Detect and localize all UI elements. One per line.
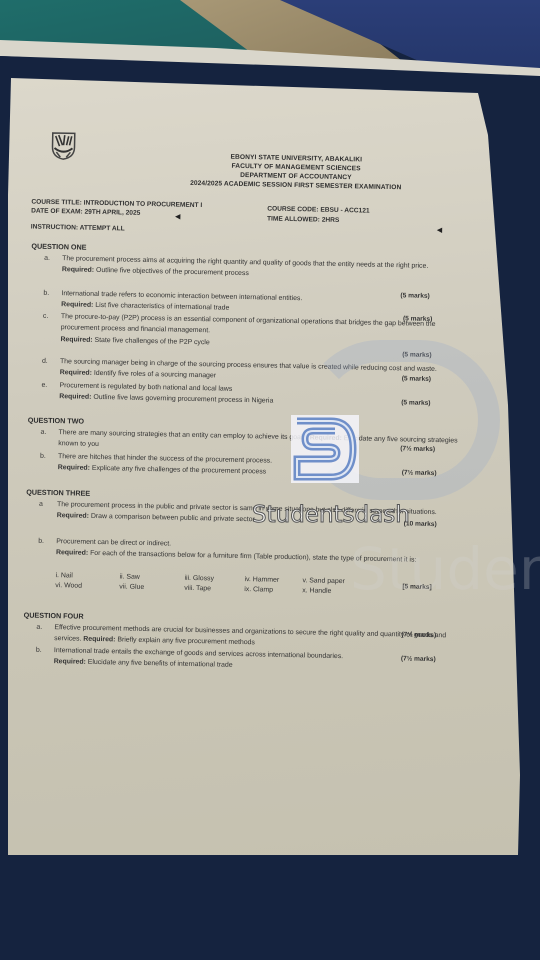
list-item: vi. Wood [55, 582, 119, 590]
watermark-text: Studentsdash [252, 502, 410, 528]
list-item: ii. Saw [119, 573, 184, 581]
question-1a: a. The procurement process aims at acqui… [44, 253, 464, 284]
list-item: i. Nail [55, 572, 119, 580]
transaction-list: i. Nail ii. Saw iii. Glossy iv. Hammer v… [55, 572, 362, 595]
pointer-arrow-icon: ◀ [175, 213, 181, 221]
time-allowed: TIME ALLOWED: 2HRS [267, 215, 339, 224]
university-crest-icon [50, 131, 77, 162]
list-item: vii. Glue [119, 583, 184, 591]
course-code: COURSE CODE: EBSU - ACC121 [267, 205, 369, 214]
question-4b-marks: (7½ marks) [401, 655, 436, 663]
pointer-arrow-icon: ◀ [437, 226, 443, 234]
list-item: viii. Tape [184, 585, 244, 593]
list-item: ix. Clamp [244, 586, 302, 594]
instruction: INSTRUCTION: ATTEMPT ALL [31, 224, 125, 233]
list-item: iii. Glossy [184, 575, 244, 583]
list-item: iv. Hammer [244, 576, 302, 584]
question-four-heading: QUESTION FOUR [24, 610, 84, 620]
question-one-heading: QUESTION ONE [31, 242, 86, 252]
studentsdash-logo-icon [291, 415, 359, 483]
question-three-heading: QUESTION THREE [26, 487, 90, 497]
question-two-heading: QUESTION TWO [28, 415, 84, 425]
question-4a-marks: (7½ marks) [401, 631, 436, 639]
watermark-faint-text: Studentsda [350, 535, 540, 603]
exam-date: DATE OF EXAM: 29TH APRIL, 2025 [31, 208, 140, 217]
exam-header: EBONYI STATE UNIVERSITY, ABAKALIKI FACUL… [186, 152, 407, 193]
